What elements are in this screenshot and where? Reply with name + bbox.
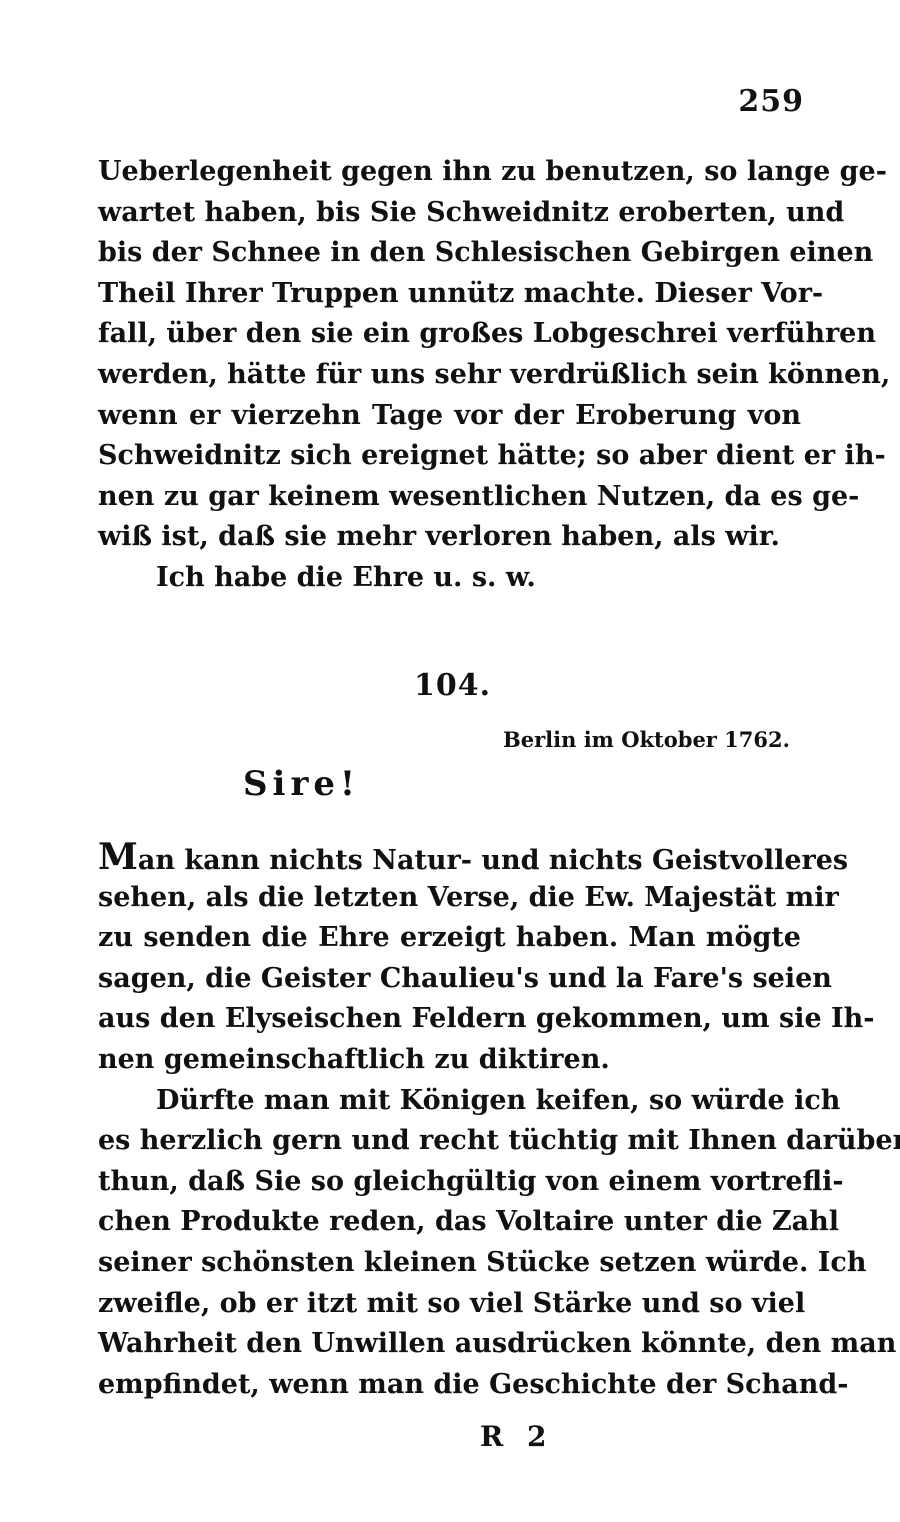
text-line: sehen, als die letzten Verse, die Ew. Ma… bbox=[98, 878, 801, 919]
text-line: wenn er vierzehn Tage vor der Eroberung … bbox=[98, 396, 801, 437]
text-line: aus den Elyseischen Feldern gekommen, um… bbox=[98, 999, 801, 1040]
text-line: chen Produkte reden, das Voltaire unter … bbox=[98, 1202, 801, 1243]
text-line: zweifle, ob er itzt mit so viel Stärke u… bbox=[98, 1284, 801, 1325]
text-line: thun, daß Sie so gleichgültig von einem … bbox=[98, 1162, 801, 1203]
text-line: Wahrheit den Unwillen ausdrücken könnte,… bbox=[98, 1324, 801, 1365]
letter-dateline: Berlin im Oktober 1762. bbox=[503, 727, 790, 752]
text-line: werden, hätte für uns sehr verdrüßlich s… bbox=[98, 355, 801, 396]
text-line: wiß ist, daß sie mehr verloren haben, al… bbox=[98, 517, 801, 558]
text-line: seiner schönsten kleinen Stücke setzen w… bbox=[98, 1243, 801, 1284]
text-line: Man kann nichts Natur- und nichts Geistv… bbox=[98, 837, 801, 878]
text-line: empfindet, wenn man die Geschichte der S… bbox=[98, 1365, 801, 1406]
text-line: wartet haben, bis Sie Schweidnitz erober… bbox=[98, 193, 801, 234]
letter-salutation: Sire! bbox=[243, 764, 360, 804]
letter-closing: Ich habe die Ehre u. s. w. bbox=[98, 558, 801, 599]
text-line: zu senden die Ehre erzeigt haben. Man mö… bbox=[98, 918, 801, 959]
text-line-content: an kann nichts Natur- und nichts Geistvo… bbox=[138, 845, 848, 876]
text-line: nen gemeinschaftlich zu diktiren. bbox=[98, 1040, 801, 1081]
previous-letter-ending: Ueberlegenheit gegen ihn zu benutzen, so… bbox=[98, 152, 801, 599]
text-line: nen zu gar keinem wesentlichen Nutzen, d… bbox=[98, 477, 801, 518]
text-line: Ueberlegenheit gegen ihn zu benutzen, so… bbox=[98, 152, 801, 193]
text-line: Theil Ihrer Truppen unnütz machte. Diese… bbox=[98, 274, 801, 315]
book-page: 259 Ueberlegenheit gegen ihn zu benutzen… bbox=[0, 0, 900, 1522]
text-line: sagen, die Geister Chaulieu's und la Far… bbox=[98, 959, 801, 1000]
text-line: Dürfte man mit Königen keifen, so würde … bbox=[98, 1081, 801, 1122]
text-line: fall, über den sie ein großes Lobgeschre… bbox=[98, 314, 801, 355]
text-line: Schweidnitz sich ereignet hätte; so aber… bbox=[98, 436, 801, 477]
letter-body: Man kann nichts Natur- und nichts Geistv… bbox=[98, 837, 801, 1405]
text-line: es herzlich gern und recht tüchtig mit I… bbox=[98, 1121, 801, 1162]
drop-capital: M bbox=[98, 836, 138, 878]
printer-signature-mark: R 2 bbox=[480, 1420, 547, 1453]
letter-number: 104. bbox=[414, 668, 491, 703]
page-number: 259 bbox=[738, 84, 804, 119]
text-line: bis der Schnee in den Schlesischen Gebir… bbox=[98, 233, 801, 274]
